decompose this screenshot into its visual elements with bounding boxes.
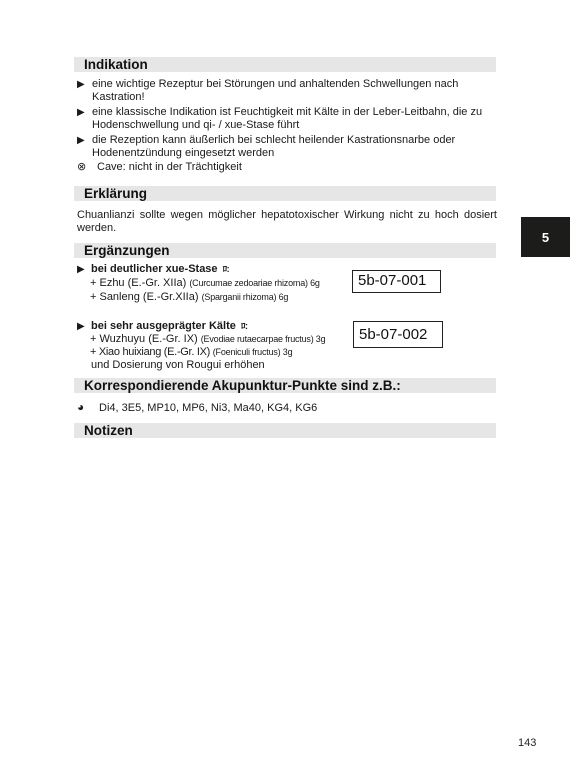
section-title: Ergänzungen — [84, 242, 170, 259]
acupuncture-icon: ◕ — [77, 401, 84, 414]
caution-icon: ⊗ — [77, 161, 86, 174]
herb-latin: (Sparganii rhizoma) 6g — [202, 292, 289, 302]
formula-symbol-icon: ﾛ: — [223, 263, 230, 276]
arrow-bullet-icon: ▶ — [77, 134, 85, 147]
section-header-akupunktur: Korrespondierende Akupunktur-Punkte sind… — [74, 378, 496, 393]
section-header-erklaerung: Erklärung — [74, 186, 496, 201]
arrow-bullet-icon: ▶ — [77, 78, 85, 91]
section-title: Notizen — [84, 422, 133, 439]
acupuncture-points: Di4, 3E5, MP10, MP6, Ni3, Ma40, KG4, KG6 — [99, 402, 317, 415]
caution-text: Cave: nicht in der Trächtigkeit — [97, 161, 242, 174]
section-header-indikation: Indikation — [74, 57, 496, 72]
formula-reference-box: 5b-07-001 — [352, 270, 441, 293]
supplement-extra: und Dosierung von Rougui erhöhen — [91, 359, 265, 372]
chapter-number: 5 — [542, 230, 549, 245]
indication-text: Hodenentzündung eingesetzt werden — [92, 147, 274, 160]
herb-latin: (Evodiae rutaecarpae fructus) 3g — [201, 334, 326, 344]
indication-text: eine klassische Indikation ist Feuchtigk… — [92, 106, 482, 119]
herb-name: + Sanleng (E.-Gr.XIIa) — [90, 291, 202, 303]
supplement-heading: bei deutlicher xue-Stase ﾛ: — [91, 263, 229, 276]
indication-text: eine wichtige Rezeptur bei Störungen und… — [92, 78, 458, 91]
formula-reference-box: 5b-07-002 — [353, 321, 443, 348]
supplement-item: + Sanleng (E.-Gr.XIIa) (Sparganii rhizom… — [90, 291, 288, 304]
herb-latin: (Foeniculi fructus) 3g — [213, 347, 293, 357]
herb-name: + Xiao huixiang (E.-Gr. IX) — [90, 346, 213, 358]
arrow-bullet-icon: ▶ — [77, 106, 85, 119]
herb-name: + Ezhu (E.-Gr. XIIa) — [90, 277, 189, 289]
supplement-heading: bei sehr ausgeprägter Kälte ﾛ: — [91, 320, 247, 333]
supplement-item: + Ezhu (E.-Gr. XIIa) (Curcumae zedoariae… — [90, 277, 320, 290]
indication-text: Hodenschwellung und qi- / xue-Stase führ… — [92, 119, 299, 132]
formula-symbol-icon: ﾛ: — [241, 320, 248, 333]
supplement-heading-text: bei deutlicher xue-Stase — [91, 263, 218, 275]
herb-name: + Wuzhuyu (E.-Gr. IX) — [90, 333, 201, 345]
herb-latin: (Curcumae zedoariae rhizoma) 6g — [189, 278, 319, 288]
arrow-bullet-icon: ▶ — [77, 263, 85, 276]
indication-text: Kastration! — [92, 91, 145, 104]
supplement-item: + Xiao huixiang (E.-Gr. IX) (Foeniculi f… — [90, 346, 292, 359]
section-title: Korrespondierende Akupunktur-Punkte sind… — [84, 377, 401, 394]
section-header-ergaenzungen: Ergänzungen — [74, 243, 496, 258]
section-title: Erklärung — [84, 185, 147, 202]
page-number: 143 — [518, 737, 536, 749]
indication-text: die Rezeption kann äußerlich bei schlech… — [92, 134, 455, 147]
explanation-text: Chuanlianzi sollte wegen möglicher hepat… — [77, 209, 497, 235]
section-header-notizen: Notizen — [74, 423, 496, 438]
supplement-item: + Wuzhuyu (E.-Gr. IX) (Evodiae rutaecarp… — [90, 333, 325, 346]
arrow-bullet-icon: ▶ — [77, 320, 85, 333]
supplement-heading-text: bei sehr ausgeprägter Kälte — [91, 320, 236, 332]
chapter-tab: 5 — [521, 217, 570, 257]
section-title: Indikation — [84, 56, 148, 73]
